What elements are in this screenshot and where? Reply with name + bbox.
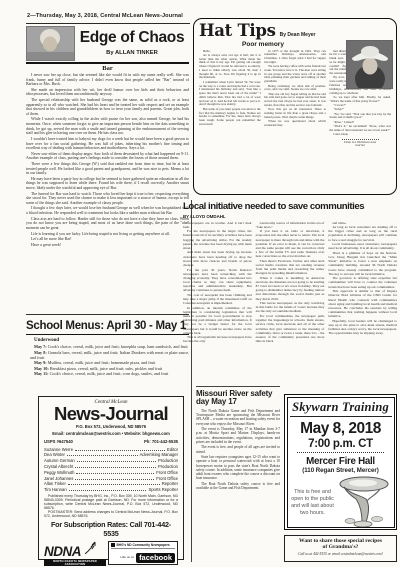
article-paragraph: The event is free, and people of all age… — [196, 445, 280, 454]
tornado-icon — [336, 475, 392, 528]
article-paragraph: The cost of newsprint has been climbing … — [183, 293, 252, 305]
ad-note: This is free and open to the public and … — [290, 489, 336, 517]
divider-rule — [26, 62, 189, 64]
article-paragraph: The governor is offering state expertise… — [328, 276, 397, 288]
column-byline: By ALLAN TINKER — [75, 50, 189, 56]
article-paragraph: I thought a few days later, we would los… — [26, 206, 189, 215]
menu-item: May 9: Muffins, cereal, milk, juice and … — [30, 360, 189, 365]
article-paragraph: Newspapers are in trouble. And it isn't … — [183, 221, 252, 229]
author-photo — [26, 26, 75, 61]
hat-tips-box: Hat Tips By Dean Meyer Poor memory Hello… — [193, 18, 397, 195]
missouri-article: Missouri River safety day May 17 The Nor… — [196, 390, 280, 562]
article-paragraph: There is a glimmer of hope on the horizo… — [328, 251, 397, 276]
article-paragraph: The funeral for Bar was hard to watch. T… — [26, 192, 189, 206]
postmaster-notice: POSTMASTER: Send address changes to Cent… — [44, 510, 178, 518]
article-paragraph: Then there's Facebook, Twitter and other… — [256, 259, 325, 276]
like-us-label: Like us on — [120, 556, 134, 559]
article-headline: Local initiative needed to save communit… — [183, 201, 397, 212]
article-paragraph: He may have been a party boy in college … — [26, 177, 189, 191]
article-paragraph: While I wasn't exactly rolling in the ai… — [26, 117, 189, 135]
columnist-photo — [346, 40, 393, 89]
article-paragraph: As long as local customers are dashing o… — [328, 225, 397, 242]
article-paragraph: The Boat North Dakota safety course is f… — [196, 482, 280, 491]
school-name: Underwood — [34, 338, 184, 343]
wheat-icon — [83, 541, 97, 559]
bhg-icon — [111, 543, 115, 547]
paper-name-logo: News-Journal — [44, 405, 178, 423]
paper-phone: Ph: 701-442-5535 — [144, 439, 178, 444]
article-paragraph: When he was questioned about which resta… — [264, 120, 326, 128]
hat-tips-column-2: in 1975 or the drought in 1961. They can… — [264, 50, 326, 163]
divider-rule — [196, 386, 280, 387]
article-paragraph: Later, Dean — [329, 133, 391, 137]
article-paragraph: I remember when Lynn turned 50. We were … — [199, 81, 261, 107]
article-paragraph: The North Dakota Game and Fish Departmen… — [196, 409, 280, 426]
article-paragraph: As is always said, old age is hell, but … — [199, 54, 261, 80]
recipes-box: Want to share those special recipes of G… — [284, 535, 397, 562]
article-paragraph: There were a few things this George (W.)… — [26, 162, 189, 176]
article-paragraph: in 1975 or the drought in 1961. They can… — [264, 50, 326, 65]
divider-rule — [26, 314, 189, 315]
column-subhead: Bar — [26, 65, 189, 72]
paper-address: P.O. Box 572, Underwood, ND 58576 — [44, 424, 178, 429]
article-paragraph: In addition, an interim committee of the… — [183, 306, 252, 335]
columnist-footnote: Dean is a Dickinson area rancher — [342, 139, 379, 149]
column-title: Edge of Chaos — [75, 29, 189, 47]
ad-date: May 8, 2018 — [290, 420, 392, 438]
omdahl-article: Local initiative needed to save communit… — [183, 201, 397, 383]
article-paragraph: and white. — [328, 221, 397, 225]
article-paragraph: Class acts are hard to follow. Harder st… — [26, 217, 189, 231]
subscription-line: For Subscription Rates: Call 701-442-553… — [44, 520, 178, 538]
menu-item: May 8: Granola bars, cereal, milk, juice… — [30, 350, 189, 360]
article-paragraph: Life is learning if you are lucky. Life … — [26, 232, 189, 237]
column-title: Hat Tips — [199, 21, 276, 40]
article-paragraph: Being cattlemen, we often talk of weathe… — [264, 85, 326, 93]
article-paragraph: Local businesses need customers; newspap… — [328, 242, 397, 250]
facebook-logo: BHG's ND Community Newspapers Like us on… — [108, 541, 178, 565]
article-paragraph: For the past 30 years, North Dakota's ne… — [183, 268, 252, 293]
ad-title: Skywarn Training — [290, 400, 392, 418]
article-headline: Missouri River safety day May 17 — [196, 390, 280, 407]
article-paragraph: The event is Thursday, May 17 in Mandan … — [196, 427, 280, 444]
dotted-divider — [297, 452, 385, 453]
article-paragraph: We were having coffee with some friends … — [264, 65, 326, 84]
newspaper-page: 2—Thursday, May 3, 2018, Central McLean … — [0, 0, 400, 567]
article-paragraph: If you hear it on radio or television, i… — [256, 229, 325, 258]
staff-row: Crystal AlbrechtProduction — [44, 464, 178, 469]
article-paragraph: For the newspapers in the larger cities,… — [183, 229, 252, 250]
article-paragraph: This approach is similar to that of Depu… — [328, 289, 397, 318]
article-paragraph: I never saw her up close, but she seemed… — [26, 73, 189, 87]
recipes-contact: Call us at 442-5535 or email centralmcle… — [285, 552, 396, 556]
header-rule — [26, 23, 190, 24]
article-paragraph: I wouldn't have trusted him to babysit m… — [26, 137, 189, 151]
bhg-label: BHG's ND Community Newspapers — [117, 543, 170, 547]
ndna-acronym: NDNA — [44, 545, 81, 559]
paper-contact: Email: centralmclean@westriv.com • Websi… — [44, 431, 178, 436]
article-paragraph: But some of you other people can attest … — [199, 108, 261, 127]
article-paragraph: And main street has been drying up becau… — [183, 250, 252, 267]
facebook-wordmark: facebook — [136, 553, 175, 563]
omdahl-column-1: Newspapers are in trouble. And it isn't … — [183, 221, 252, 383]
publishing-notice: Published every Thursday by BHG, Inc., P… — [44, 494, 178, 510]
article-paragraph: This is all regrettable because newspape… — [183, 335, 252, 343]
article-paragraph: Never saw either of them display anger. … — [26, 152, 189, 161]
article-paragraph: This one old boy began telling us that h… — [264, 93, 326, 108]
article-paragraph: "No," he said. "That one that you buy by… — [329, 113, 391, 121]
recipes-headline: Want to share those special recipes of G… — [296, 538, 385, 551]
menu-item: May 7: Cook's choice, cereal, milk, juic… — [30, 344, 189, 349]
column-subhead: Poor memory — [199, 41, 327, 48]
menu-item: May 10: Breakfast pizza, cereal, milk, j… — [30, 366, 189, 371]
article-paragraph: State law requires youngsters ages 12-15… — [196, 455, 280, 481]
edge-of-chaos-body: I never saw her up close, but she seemed… — [26, 73, 189, 312]
article-paragraph: Have a great week! — [26, 243, 189, 248]
article-paragraph: This leaves newspapers as the only watch… — [256, 301, 325, 313]
staff-row: Dea WinterAdvertising Manager — [44, 452, 178, 457]
school-menus-heading: School Menus: April 30 - May 1 — [26, 320, 189, 335]
ad-address: (110 Regan Street, Mercer) — [290, 467, 392, 474]
legal-text: Published every Thursday by BHG, Inc., P… — [44, 494, 178, 518]
article-paragraph: For local communities, the newspaper pul… — [256, 314, 325, 343]
omdahl-column-2: trustworthy source of information in thi… — [256, 221, 325, 383]
skywarn-ad: Skywarn Training May 8, 2018 7:00 p.m. C… — [284, 394, 397, 530]
article-paragraph: She made an impression with her wit, her… — [26, 88, 189, 97]
staff-row: Allan TinkerReporter — [44, 481, 178, 486]
staff-row: Suzanne WerreEditor — [44, 447, 178, 452]
ad-time: 7:00 p.m. CT — [290, 438, 392, 450]
staff-list: Suzanne WerreEditorDea WinterAdvertising… — [44, 447, 178, 493]
ad-venue: Mercer Fire Hall — [290, 456, 392, 467]
column-byline: By Dean Meyer — [280, 32, 316, 38]
article-paragraph: trustworthy source of information in thi… — [256, 221, 325, 229]
staff-row: Janel JohannesFront Office — [44, 476, 178, 481]
hat-tips-column-1: Hello,As is always said, old age is hell… — [199, 50, 261, 163]
article-paragraph: Let's all be more like Bar! — [26, 237, 189, 242]
article-paragraph: Hopefully, local leaders will be challen… — [328, 319, 397, 336]
staff-row: Tim HannanSports Reporter — [44, 487, 178, 492]
article-paragraph: Now this got us all interested. There is… — [264, 108, 326, 119]
article-paragraph: When it comes to meddling in American el… — [256, 276, 325, 301]
school-menu-list: May 7: Cook's choice, cereal, milk, juic… — [30, 344, 189, 394]
menu-item: May 11: Cook's choice, cereal, milk, jui… — [30, 371, 189, 376]
omdahl-column-3: and white.As long as local customers are… — [328, 221, 397, 383]
usps-number: USPS #647540 — [44, 439, 73, 444]
article-paragraph: The special relationship with her husban… — [26, 98, 189, 116]
article-byline: BY LLOYD OMDAHL — [183, 214, 397, 219]
ndna-name: NORTH DAKOTA NEWSPAPER ASSOCIATION — [44, 559, 106, 566]
ndna-logo: NDNA NORTH DAKOTA NEWSPAPER ASSOCIATION — [44, 541, 106, 565]
staff-row: Peggy WollmuthFront Office — [44, 470, 178, 475]
edge-of-chaos-header: Edge of Chaos By ALLAN TINKER — [26, 26, 189, 63]
staff-row: Autumn GermanProduction — [44, 458, 178, 463]
masthead-box: Central McLean News-Journal P.O. Box 572… — [38, 396, 184, 560]
article-body: The North Dakota Game and Fish Departmen… — [196, 409, 280, 491]
